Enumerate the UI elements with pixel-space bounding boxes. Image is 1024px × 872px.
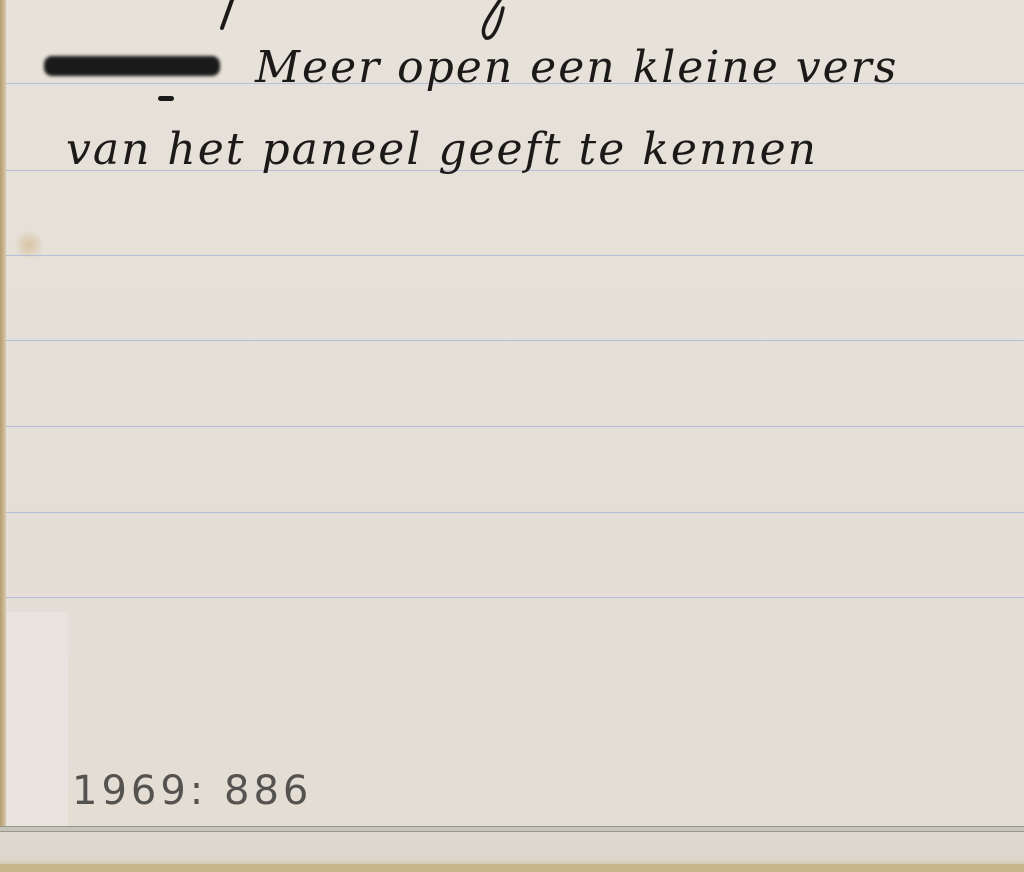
- inventory-number: 1969: 886: [72, 768, 312, 814]
- partial-handwriting-strokes: [0, 0, 1024, 40]
- crossed-out-word: [44, 56, 220, 76]
- paper-patch: [6, 612, 68, 826]
- ruled-line: [6, 597, 1024, 598]
- note-card: Meer open een kleine vers van het paneel…: [0, 0, 1024, 872]
- crossed-out-mark: [158, 96, 174, 101]
- bottom-double-rule: [0, 826, 1024, 832]
- handwriting-line-2: van het paneel geeft te kennen: [66, 124, 818, 175]
- handwriting-line-1: Meer open een kleine vers: [255, 42, 898, 93]
- card-bottom-edge: [0, 864, 1024, 872]
- ruled-line: [6, 340, 1024, 341]
- ruled-line: [6, 512, 1024, 513]
- ruled-line: [6, 426, 1024, 427]
- ruled-line: [6, 255, 1024, 256]
